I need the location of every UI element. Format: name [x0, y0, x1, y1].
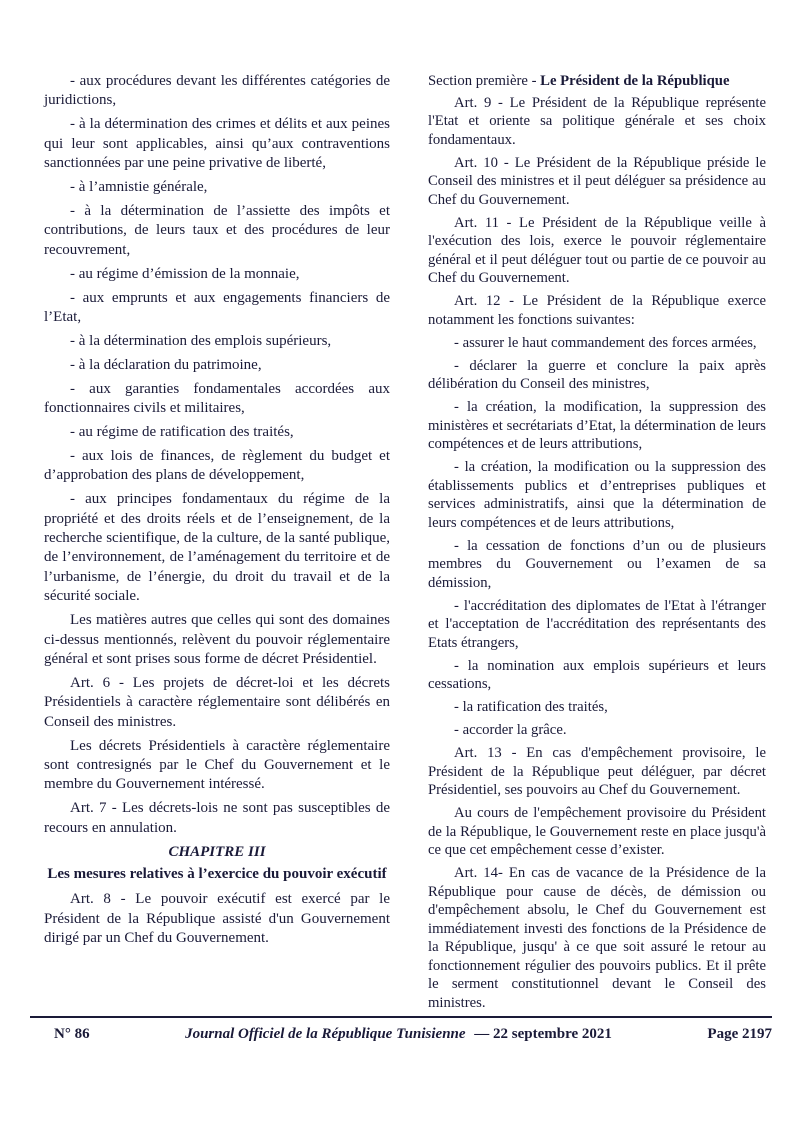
left-column: - aux procédures devant les différentes …: [44, 72, 390, 1017]
footer-journal-line: Journal Officiel de la République Tunisi…: [185, 1026, 612, 1043]
dash-item-paragraph: - la nomination aux emplois supérieurs e…: [428, 657, 766, 694]
issue-date: — 22 septembre 2021: [474, 1026, 612, 1042]
article-paragraph: Art. 8 - Le pouvoir exécutif est exercé …: [44, 890, 390, 948]
dash-item-paragraph: - au régime de ratification des traités,: [44, 423, 390, 442]
dash-item-paragraph: - à la détermination des crimes et délit…: [44, 115, 390, 173]
dash-item-paragraph: - aux garanties fondamentales accordées …: [44, 380, 390, 419]
body-paragraph: Au cours de l'empêchement provisoire du …: [428, 804, 766, 860]
dash-item-paragraph: - aux principes fondamentaux du régime d…: [44, 490, 390, 606]
article-paragraph: Art. 6 - Les projets de décret-loi et le…: [44, 674, 390, 732]
article-paragraph: Art. 9 - Le Président de la République r…: [428, 94, 766, 150]
body-paragraph: Les décrets Présidentiels à caractère ré…: [44, 737, 390, 795]
article-paragraph: Art. 10 - Le Président de la République …: [428, 154, 766, 210]
dash-item-paragraph: - l'accréditation des diplomates de l'Et…: [428, 597, 766, 653]
journal-page: - aux procédures devant les différentes …: [0, 0, 800, 1131]
journal-title: Journal Officiel de la République Tunisi…: [185, 1026, 465, 1042]
dash-item-paragraph: - aux procédures devant les différentes …: [44, 72, 390, 111]
dash-item-paragraph: - la cessation de fonctions d’un ou de p…: [428, 537, 766, 593]
body-paragraph: Les matières autres que celles qui sont …: [44, 611, 390, 669]
dash-item-paragraph: - la ratification des traités,: [428, 698, 766, 717]
page-content: - aux procédures devant les différentes …: [44, 72, 766, 1017]
dash-item-paragraph: - accorder la grâce.: [428, 721, 766, 740]
page-number: Page 2197: [707, 1026, 772, 1043]
article-paragraph: Art. 14- En cas de vacance de la Préside…: [428, 864, 766, 1012]
right-column: Section première - Le Président de la Ré…: [428, 72, 766, 1017]
article-paragraph: Art. 12 - Le Président de la République …: [428, 292, 766, 329]
dash-item-paragraph: - la création, la modification, la suppr…: [428, 398, 766, 454]
section-heading: Section première - Le Président de la Ré…: [428, 72, 766, 91]
issue-number: N° 86: [54, 1026, 90, 1043]
article-paragraph: Art. 11 - Le Président de la République …: [428, 214, 766, 288]
dash-item-paragraph: - aux emprunts et aux engagements financ…: [44, 289, 390, 328]
dash-item-paragraph: - au régime d’émission de la monnaie,: [44, 265, 390, 284]
chapter-title: Les mesures relatives à l’exercice du po…: [44, 865, 390, 884]
dash-item-paragraph: - à la détermination des emplois supérie…: [44, 332, 390, 351]
page-footer: N° 86 Journal Officiel de la République …: [30, 1016, 772, 1043]
article-paragraph: Art. 13 - En cas d'empêchement provisoir…: [428, 744, 766, 800]
dash-item-paragraph: - déclarer la guerre et conclure la paix…: [428, 357, 766, 394]
chapter-heading: CHAPITRE III: [44, 843, 390, 862]
dash-item-paragraph: - à la déclaration du patrimoine,: [44, 356, 390, 375]
dash-item-paragraph: - aux lois de finances, de règlement du …: [44, 447, 390, 486]
dash-item-paragraph: - la création, la modification ou la sup…: [428, 458, 766, 532]
dash-item-paragraph: - assurer le haut commandement des force…: [428, 334, 766, 353]
article-paragraph: Art. 7 - Les décrets-lois ne sont pas su…: [44, 799, 390, 838]
section-heading-bold-text: Le Président de la République: [540, 73, 729, 89]
section-heading-plain-text: Section première -: [428, 73, 540, 89]
dash-item-paragraph: - à la détermination de l’assiette des i…: [44, 202, 390, 260]
dash-item-paragraph: - à l’amnistie générale,: [44, 178, 390, 197]
